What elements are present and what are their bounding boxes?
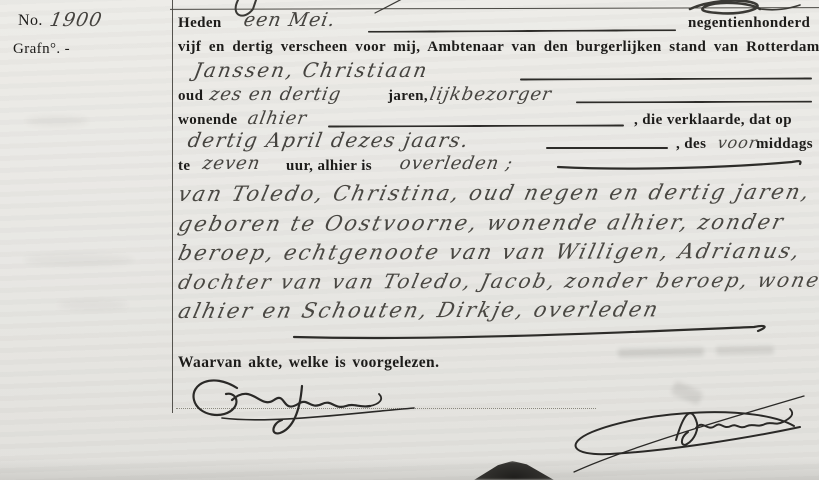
middags-label: middags [756,136,813,153]
deceased-line-1: van Toledo, Christina, oud negen en dert… [176,180,813,206]
deceased-line-4: dochter van van Toledo, Jacob, zonder be… [176,268,819,294]
fill-rule-date [368,29,676,33]
fill-rule-overleden [556,158,806,174]
death-date-handwritten: dertig April dezes jaars. [186,128,471,152]
fill-rule-occupation [576,101,812,104]
oud-label: oud [178,88,203,105]
bleed-through-text-mark [618,347,704,357]
death-certificate-scan: { "document": { "margin": { "no_label": … [0,0,819,480]
fill-rule-name [520,77,812,80]
heden-label: Heden [178,15,222,32]
bottom-edge-dark-object [474,461,554,480]
record-number-label: No. [18,12,43,30]
te-label: te [178,158,190,175]
bleed-through-mark [24,254,134,266]
grafnummer-label: Grafn°. - [13,41,70,58]
residence-handwritten: alhier [246,108,309,129]
deceased-line-2: geboren te Oostvoorne, wonende alhier, z… [176,210,787,236]
daypart-handwritten: voor [716,133,759,152]
declarant-signature [182,370,442,438]
record-number-value: 1900 [48,9,104,31]
deceased-line-5: alhier en Schouten, Dirkje, overleden [176,297,662,323]
year-suffix-label: negentienhonderd [688,15,810,32]
margin-divider-line [172,0,173,413]
jaren-label: jaren, [388,88,428,105]
intro-line: vijf en dertig verscheen voor mij, Ambte… [178,39,819,56]
official-signature [556,388,811,480]
bleed-through-mark [26,116,88,126]
des-label: , des [676,136,706,153]
bleed-through-mark [58,300,128,310]
declarant-name-handwritten: Janssen, Christiaan [192,58,431,82]
wonende-label: wonende [178,112,237,129]
body-closing-stroke [292,324,782,342]
occupation-handwritten: lijkbezorger [428,84,554,105]
hour-handwritten: zeven [201,153,262,174]
overleden-handwritten: overleden ; [398,153,515,174]
declared-label: , die verklaarde, dat op [634,112,792,129]
uur-label: uur, alhier is [286,158,372,175]
deceased-line-3: beroep, echtgenoote van van Willigen, Ad… [176,239,804,265]
date-entry-handwritten: een Mei. [242,9,337,31]
age-handwritten: zes en dertig [208,84,343,105]
bleed-through-text-mark [716,345,774,355]
fill-rule-death-date [546,147,668,149]
